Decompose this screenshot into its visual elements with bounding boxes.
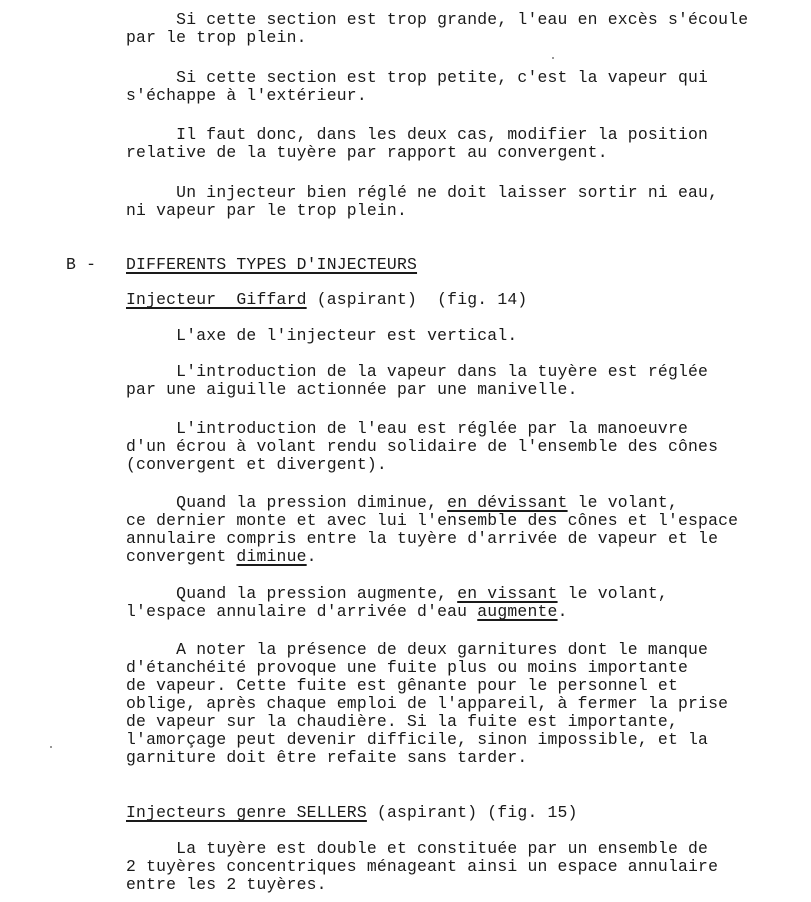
paragraph-line: ni vapeur par le trop plein. [126, 202, 407, 219]
paragraph-line: L'introduction de la vapeur dans la tuyè… [126, 363, 708, 380]
section-marker: B - [66, 256, 96, 273]
paragraph-line: La tuyère est double et constituée par u… [126, 840, 708, 857]
paragraph-line: Un injecteur bien réglé ne doit laisser … [126, 184, 718, 201]
subsection-heading-sellers: Injecteurs genre SELLERS (aspirant) (fig… [126, 804, 578, 821]
emphasis-underlined: diminue [236, 547, 306, 566]
paragraph-line: de vapeur sur la chaudière. Si la fuite … [126, 713, 678, 730]
paragraph-line: Si cette section est trop petite, c'est … [126, 69, 708, 86]
paragraph-line: d'étanchéité provoque une fuite plus ou … [126, 659, 688, 676]
paragraph-line: 2 tuyères concentriques ménageant ainsi … [126, 858, 718, 875]
emphasis-underlined: en vissant [457, 584, 557, 603]
text: convergent [126, 547, 236, 566]
text: Quand la pression augmente, [126, 584, 457, 603]
paragraph-line: Quand la pression diminue, en dévissant … [126, 494, 678, 511]
section-title: DIFFERENTS TYPES D'INJECTEURS [126, 256, 417, 273]
paragraph-line: par le trop plein. [126, 29, 307, 46]
paragraph-line: annulaire compris entre la tuyère d'arri… [126, 530, 718, 547]
text: le volant, [568, 493, 678, 512]
paragraph-line: l'amorçage peut devenir difficile, sinon… [126, 731, 708, 748]
text: . [307, 547, 317, 566]
paragraph-line: convergent diminue. [126, 548, 317, 565]
subsection-subtitle: (aspirant) (fig. 15) [367, 803, 578, 822]
paragraph-line: garniture doit être refaite sans tarder. [126, 749, 527, 766]
paragraph-line: L'introduction de l'eau est réglée par l… [126, 420, 688, 437]
text: Quand la pression diminue, [126, 493, 447, 512]
text: l'espace annulaire d'arrivée d'eau [126, 602, 477, 621]
paragraph-line: entre les 2 tuyères. [126, 876, 327, 893]
emphasis-underlined: en dévissant [447, 493, 567, 512]
text: . [558, 602, 568, 621]
paragraph-line: Si cette section est trop grande, l'eau … [126, 11, 748, 28]
paragraph-line: l'espace annulaire d'arrivée d'eau augme… [126, 603, 568, 620]
paragraph-line: A noter la présence de deux garnitures d… [126, 641, 708, 658]
scan-speck [552, 57, 554, 59]
paragraph-line: Quand la pression augmente, en vissant l… [126, 585, 668, 602]
paragraph-line: (convergent et divergent). [126, 456, 387, 473]
paragraph-line: par une aiguille actionnée par une maniv… [126, 381, 578, 398]
paragraph-line: oblige, après chaque emploi de l'apparei… [126, 695, 728, 712]
subsection-title: Injecteur Giffard [126, 290, 307, 309]
paragraph-line: relative de la tuyère par rapport au con… [126, 144, 608, 161]
paragraph-line: d'un écrou à volant rendu solidaire de l… [126, 438, 718, 455]
paragraph-line: s'échappe à l'extérieur. [126, 87, 367, 104]
text: le volant, [558, 584, 668, 603]
paragraph-line: Il faut donc, dans les deux cas, modifie… [126, 126, 708, 143]
paragraph-line: de vapeur. Cette fuite est gênante pour … [126, 677, 678, 694]
scan-speck [50, 746, 52, 748]
paragraph-line: L'axe de l'injecteur est vertical. [126, 327, 517, 344]
subsection-title: Injecteurs genre SELLERS [126, 803, 367, 822]
emphasis-underlined: augmente [477, 602, 557, 621]
paragraph-line: ce dernier monte et avec lui l'ensemble … [126, 512, 738, 529]
subsection-subtitle: (aspirant) (fig. 14) [307, 290, 528, 309]
subsection-heading-giffard: Injecteur Giffard (aspirant) (fig. 14) [126, 291, 527, 308]
